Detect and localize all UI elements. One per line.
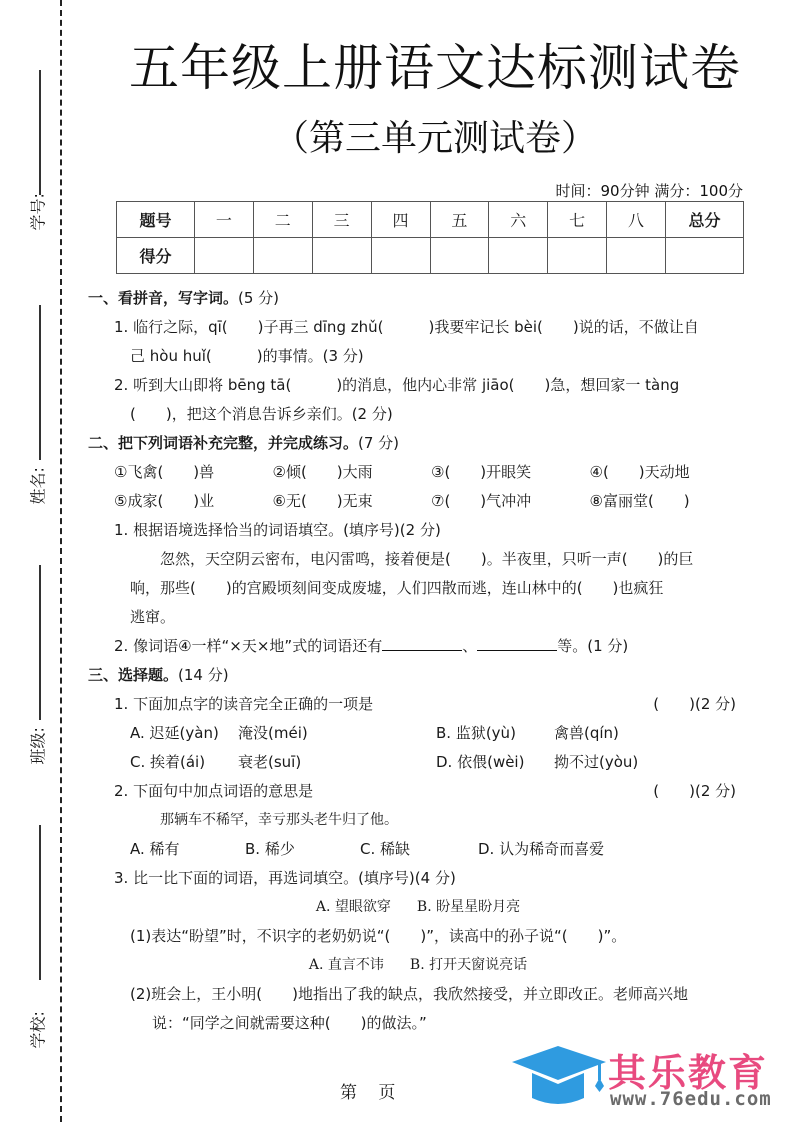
student-id-line[interactable] [39, 70, 41, 195]
option-d[interactable]: D. 依偎(wèi) [436, 748, 554, 777]
answer-bracket[interactable]: ( )(2 分) [653, 777, 736, 806]
class-line[interactable] [39, 565, 41, 720]
answer-blank[interactable] [477, 637, 557, 651]
score-input-cell[interactable] [607, 238, 666, 274]
option-row: A. 稀有 B. 稀少 C. 稀缺 D. 认为稀奇而喜爱 [88, 835, 748, 864]
idiom-item: ①飞禽( )兽 [114, 458, 273, 487]
score-table: 题号 一 二 三 四 五 六 七 八 总分 得分 [116, 201, 744, 274]
passage-text: 忽然，天空阴云密布，电闪雷鸣，接着便是( )。半夜里，只听一声( )的巨 [88, 545, 748, 574]
idiom-item: ⑧富丽堂( ) [590, 487, 749, 516]
section-points: (7 分) [358, 434, 399, 452]
passage-text: 响，那些( )的宫殿顷刻间变成废墟，人们四散而逃，连山林中的( )也疯狂 [88, 574, 748, 603]
table-cell: 四 [371, 202, 430, 238]
score-input-cell[interactable] [489, 238, 548, 274]
student-id-label: 学号: [26, 201, 49, 231]
option-c[interactable]: C. 稀缺 [360, 835, 478, 864]
score-input-cell[interactable] [371, 238, 430, 274]
option-b-word2: 禽兽(qín) [554, 719, 619, 748]
class-label: 班级: [26, 735, 49, 765]
idiom-row: ⑤成家( )业 ⑥无( )无束 ⑦( )气冲冲 ⑧富丽堂( ) [88, 487, 748, 516]
question-suffix: 等。(1 分) [557, 637, 628, 655]
word-choice-a: A. 望眼欲穿 [316, 899, 391, 915]
option-d-word2: 拗不过(yòu) [554, 748, 638, 777]
binding-cut-line [60, 0, 62, 1122]
score-input-cell[interactable] [312, 238, 371, 274]
word-choices: A. 望眼欲穿B. 盼星星盼月亮 [88, 893, 748, 922]
section-2-heading: 二、把下列词语补充完整，并完成练习。(7 分) [88, 429, 748, 458]
name-line[interactable] [39, 305, 41, 460]
word-choice-a: A. 直言不讳 [309, 957, 384, 973]
page-number: 第 页 [340, 1078, 403, 1103]
exam-content: 一、看拼音，写字词。(5 分) 1. 临行之际，qī( )子再三 dīng zh… [88, 284, 748, 1038]
question-text: 1. 临行之际，qī( )子再三 dīng zhǔ( )我要牢记长 bèi( )… [88, 313, 748, 342]
brand-logo[interactable]: 其乐教育 www.76edu.com [510, 1040, 790, 1110]
page-title: 五年级上册语文达标测试卷 [110, 28, 760, 100]
graduation-cap-icon [510, 1040, 610, 1110]
question-prefix: 2. 像词语④一样“×天×地”式的词语还有 [114, 637, 382, 655]
passage-text: 逃窜。 [88, 603, 748, 632]
table-cell: 二 [253, 202, 312, 238]
school-label: 学校: [26, 1019, 49, 1049]
word-choices: A. 直言不讳B. 打开天窗说亮话 [88, 951, 748, 980]
question-text: 1. 下面加点字的读音完全正确的一项是 ( )(2 分) [88, 690, 748, 719]
word-choice-b: B. 盼星星盼月亮 [417, 899, 520, 915]
exam-meta: 时间：90分钟 满分：100分 [556, 180, 744, 201]
option-a[interactable]: A. 稀有 [130, 835, 245, 864]
table-cell: 三 [312, 202, 371, 238]
answer-blank[interactable] [382, 637, 462, 651]
question-text: 3. 比一比下面的词语，再选词填空。(填序号)(4 分) [88, 864, 748, 893]
separator: 、 [462, 637, 477, 655]
section-points: (14 分) [178, 666, 229, 684]
table-row-header: 题号 一 二 三 四 五 六 七 八 总分 [117, 202, 744, 238]
table-cell: 一 [195, 202, 254, 238]
page-subtitle: （第三单元测试卷） [110, 110, 760, 161]
idiom-item: ⑦( )气冲冲 [431, 487, 590, 516]
question-text: ( )，把这个消息告诉乡亲们。(2 分) [88, 400, 748, 429]
question-stem: 1. 下面加点字的读音完全正确的一项是 [114, 695, 373, 713]
table-row-score: 得分 [117, 238, 744, 274]
table-cell: 八 [607, 202, 666, 238]
idiom-item: ④( )天动地 [590, 458, 749, 487]
option-c[interactable]: C. 挨着(ái) [130, 748, 238, 777]
table-cell: 七 [548, 202, 607, 238]
score-input-cell[interactable] [666, 238, 744, 274]
option-row: A. 迟延(yàn) 淹没(méi) B. 监狱(yù) 禽兽(qín) [88, 719, 748, 748]
idiom-item: ⑥无( )无束 [273, 487, 432, 516]
brand-url[interactable]: www.76edu.com [610, 1088, 772, 1110]
table-cell: 得分 [117, 238, 195, 274]
idiom-item: ②倾( )大雨 [273, 458, 432, 487]
option-d[interactable]: D. 认为稀奇而喜爱 [478, 835, 604, 864]
fill-sentence: (1)表达“盼望”时，不识字的老奶奶说“( )”，读高中的孙子说“( )”。 [88, 922, 748, 951]
school-line[interactable] [39, 825, 41, 980]
question-text: 己 hòu huǐ( )的事情。(3 分) [88, 342, 748, 371]
question-text: 2. 下面句中加点词语的意思是 ( )(2 分) [88, 777, 748, 806]
section-title: 一、看拼音，写字词。 [88, 289, 238, 307]
score-input-cell[interactable] [253, 238, 312, 274]
answer-bracket[interactable]: ( )(2 分) [653, 690, 736, 719]
option-a[interactable]: A. 迟延(yàn) [130, 719, 238, 748]
fill-sentence: (2)班会上，王小明( )地指出了我的缺点，我欣然接受，并立即改正。老师高兴地 [88, 980, 748, 1009]
section-title: 二、把下列词语补充完整，并完成练习。 [88, 434, 358, 452]
word-choice-b: B. 打开天窗说亮话 [410, 957, 527, 973]
idiom-item: ⑤成家( )业 [114, 487, 273, 516]
idiom-row: ①飞禽( )兽 ②倾( )大雨 ③( )开眼笑 ④( )天动地 [88, 458, 748, 487]
question-stem: 2. 下面句中加点词语的意思是 [114, 782, 313, 800]
section-title: 三、选择题。 [88, 666, 178, 684]
idiom-item: ③( )开眼笑 [431, 458, 590, 487]
score-input-cell[interactable] [195, 238, 254, 274]
score-input-cell[interactable] [548, 238, 607, 274]
score-input-cell[interactable] [430, 238, 489, 274]
section-1-heading: 一、看拼音，写字词。(5 分) [88, 284, 748, 313]
section-points: (5 分) [238, 289, 279, 307]
example-sentence: 那辆车不稀罕，幸亏那头老牛归了他。 [88, 806, 748, 835]
option-row: C. 挨着(ái) 衰老(suī) D. 依偎(wèi) 拗不过(yòu) [88, 748, 748, 777]
question-text: 2. 听到大山即将 bēng tā( )的消息，他内心非常 jiāo( )急，想… [88, 371, 748, 400]
table-cell: 题号 [117, 202, 195, 238]
section-3-heading: 三、选择题。(14 分) [88, 661, 748, 690]
option-a-word2: 淹没(méi) [238, 719, 436, 748]
fill-sentence: 说：“同学之间就需要这种( )的做法。” [88, 1009, 748, 1038]
question-text: 2. 像词语④一样“×天×地”式的词语还有、等。(1 分) [88, 632, 748, 661]
table-cell: 六 [489, 202, 548, 238]
table-cell: 五 [430, 202, 489, 238]
option-b[interactable]: B. 监狱(yù) [436, 719, 554, 748]
name-label: 姓名: [26, 475, 49, 505]
option-c-word2: 衰老(suī) [238, 748, 436, 777]
option-b[interactable]: B. 稀少 [245, 835, 360, 864]
question-text: 1. 根据语境选择恰当的词语填空。(填序号)(2 分) [88, 516, 748, 545]
table-cell: 总分 [666, 202, 744, 238]
